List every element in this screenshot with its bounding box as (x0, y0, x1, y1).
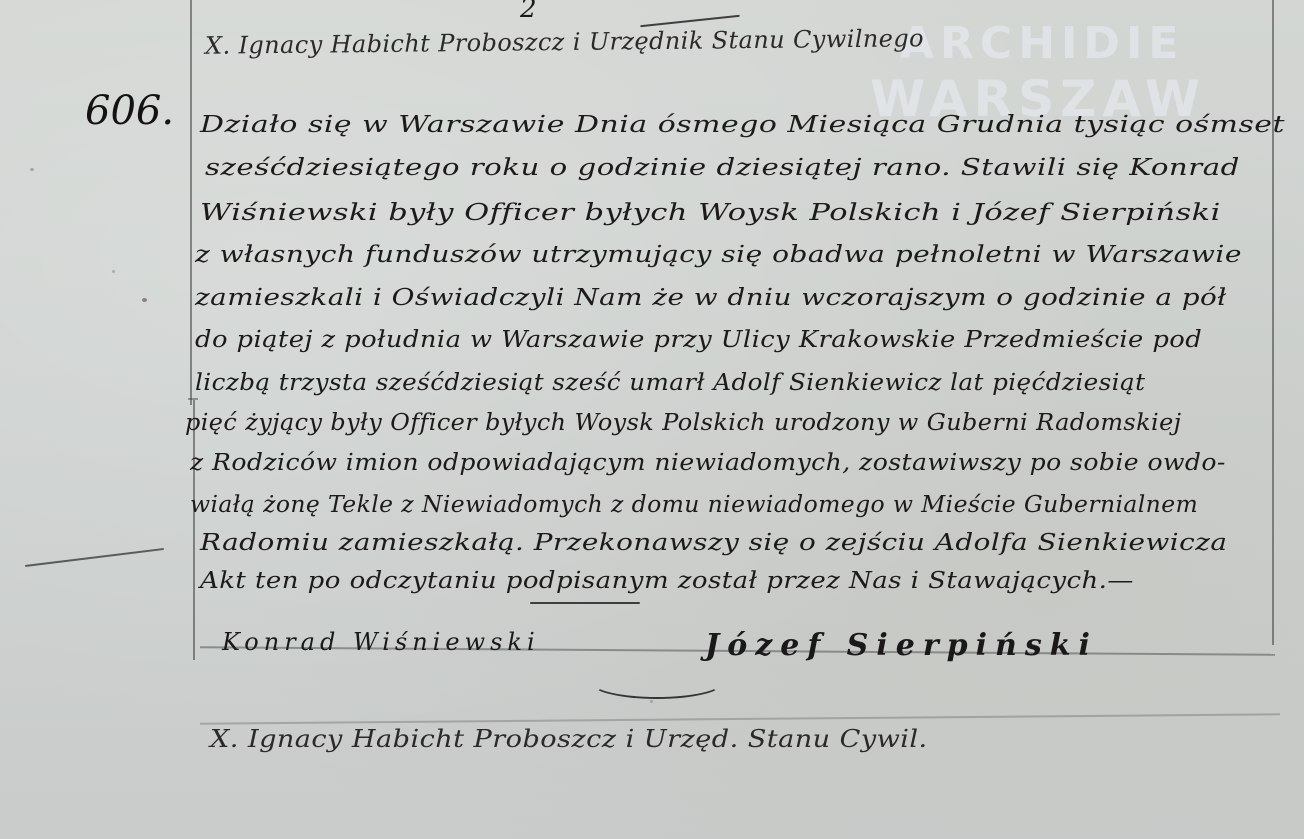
entry-line-9: z Rodziców imion odpowiadającym niewiado… (190, 450, 1226, 476)
entry-line-5: zamieszkali i Oświadczyli Nam że w dniu … (195, 285, 1227, 311)
paper-speck (650, 700, 653, 703)
header-official-signature: X. Ignacy Habicht Proboszcz i Urzędnik S… (205, 24, 924, 60)
lower-block-rule (200, 713, 1280, 724)
paper-speck (30, 168, 34, 171)
signed-underline (530, 602, 640, 604)
entry-line-1: Działo się w Warszawie Dnia ósmego Miesi… (200, 112, 1285, 138)
right-margin-rule (1272, 0, 1274, 645)
paper-speck (112, 270, 115, 273)
left-margin-rule-lower (193, 400, 195, 660)
paper-speck (142, 298, 147, 302)
entry-line-4: z własnych funduszów utrzymujący się oba… (195, 242, 1242, 268)
signature-flourish (590, 665, 724, 699)
entry-line-8: pięć żyjący były Officer byłych Woysk Po… (185, 410, 1181, 436)
entry-number: 606. (85, 88, 174, 134)
manuscript-page: ARCHIDIE WARSZAW X. Ignacy Habicht Probo… (0, 0, 1304, 839)
witness-1-signature: Konrad Wiśniewski (222, 628, 540, 656)
entry-line-11: Radomiu zamieszkałą. Przekonawszy się o … (200, 530, 1227, 556)
entry-line-6: do piątej z południa w Warszawie przy Ul… (195, 327, 1202, 353)
entry-line-3: Wiśniewski były Officer byłych Woysk Pol… (200, 200, 1221, 226)
official-closing-signature: X. Ignacy Habicht Proboszcz i Urzęd. Sta… (210, 725, 928, 753)
entry-line-12: Akt ten po odczytaniu podpisanym został … (200, 568, 1134, 594)
left-margin-rule (190, 0, 192, 405)
entry-line-10: wiałą żonę Tekle z Niewiadomych z domu n… (190, 492, 1198, 518)
entry-line-7: liczbą trzysta sześćdziesiąt sześć umarł… (195, 370, 1145, 396)
archive-watermark-line-1: ARCHIDIE (900, 18, 1184, 69)
margin-pen-stroke (25, 548, 164, 567)
witness-2-signature: Józef Sierpiński (705, 628, 1098, 663)
entry-bottom-rule (188, 398, 198, 400)
entry-line-2: sześćdziesiątego roku o godzinie dziesią… (205, 155, 1240, 181)
header-mark: 2 (520, 0, 537, 24)
